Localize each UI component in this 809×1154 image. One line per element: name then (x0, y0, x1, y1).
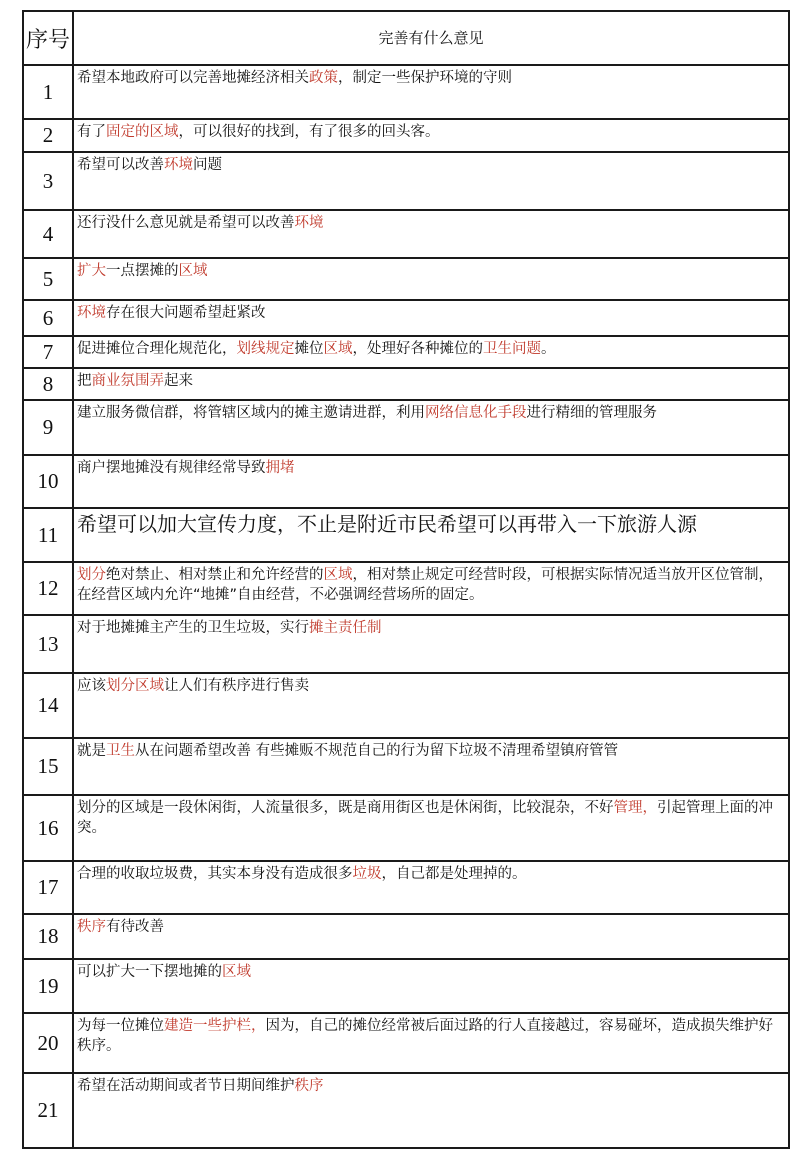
highlighted-keyword: 划分 (77, 567, 106, 583)
text-segment: 希望本地政府可以完善地摊经济相关 (77, 70, 309, 86)
table-row: 17合理的收取垃圾费，其实本身没有造成很多垃圾，自己都是处理掉的。 (24, 860, 788, 913)
row-suggestion: 秩序有待改善 (74, 915, 788, 958)
highlighted-keyword: 卫生 (106, 743, 135, 759)
text-segment: ，制定一些保护环境的守则 (338, 70, 512, 86)
header-suggestion: 完善有什么意见 (74, 12, 788, 64)
row-suggestion: 划分的区域是一段休闲街，人流量很多，既是商用街区也是休闲街，比较混杂，不好管理，… (74, 796, 788, 860)
text-segment: 就是 (77, 743, 106, 759)
row-number: 20 (24, 1014, 74, 1072)
row-suggestion: 环境存在很大问题希望赶紧改 (74, 301, 788, 335)
highlighted-keyword: 管理， (614, 800, 658, 816)
row-number: 18 (24, 915, 74, 958)
table-row: 5扩大一点摆摊的区域 (24, 257, 788, 299)
table-row: 10商户摆地摊没有规律经常导致拥堵 (24, 454, 788, 507)
row-number: 13 (24, 616, 74, 672)
text-segment: ，处理好各种摊位的 (353, 341, 484, 357)
highlighted-keyword: 环境 (77, 305, 106, 321)
table-row: 13对于地摊摊主产生的卫生垃圾，实行摊主责任制 (24, 614, 788, 672)
table-row: 21希望在活动期间或者节日期间维护秩序 (24, 1072, 788, 1147)
row-suggestion: 对于地摊摊主产生的卫生垃圾，实行摊主责任制 (74, 616, 788, 672)
highlighted-keyword: 固定的区域 (106, 124, 179, 140)
table-row: 9建立服务微信群，将管辖区域内的摊主邀请进群，利用网络信息化手段进行精细的管理服… (24, 399, 788, 454)
highlighted-keyword: 环境 (295, 215, 324, 231)
table-body: 1希望本地政府可以完善地摊经济相关政策，制定一些保护环境的守则2有了固定的区域，… (24, 64, 788, 1147)
row-number: 3 (24, 153, 74, 209)
table-row: 19可以扩大一下摆地摊的区域 (24, 958, 788, 1012)
row-suggestion: 希望在活动期间或者节日期间维护秩序 (74, 1074, 788, 1147)
text-segment: 希望可以加大宣传力度，不止是附近市民希望可以再带入一下旅游人源 (77, 512, 697, 536)
row-suggestion: 建立服务微信群，将管辖区域内的摊主邀请进群，利用网络信息化手段进行精细的管理服务 (74, 401, 788, 454)
row-suggestion: 应该划分区域让人们有秩序进行售卖 (74, 674, 788, 737)
text-segment: 应该 (77, 678, 106, 694)
row-suggestion: 希望可以加大宣传力度，不止是附近市民希望可以再带入一下旅游人源 (74, 509, 788, 561)
row-suggestion: 有了固定的区域，可以很好的找到，有了很多的回头客。 (74, 120, 788, 151)
table-row: 20为每一位摊位建造一些护栏，因为，自己的摊位经常被后面过路的行人直接越过，容易… (24, 1012, 788, 1072)
table-row: 12划分绝对禁止、相对禁止和允许经营的区域，相对禁止规定可经营时段，可根据实际情… (24, 561, 788, 614)
table-row: 2有了固定的区域，可以很好的找到，有了很多的回头客。 (24, 118, 788, 151)
row-number: 9 (24, 401, 74, 454)
suggestions-table: 序号 完善有什么意见 1希望本地政府可以完善地摊经济相关政策，制定一些保护环境的… (22, 10, 790, 1149)
text-segment: 存在很大问题希望赶紧改 (106, 305, 266, 321)
highlighted-keyword: 区域 (222, 964, 251, 980)
table-row: 18秩序有待改善 (24, 913, 788, 958)
row-suggestion: 划分绝对禁止、相对禁止和允许经营的区域，相对禁止规定可经营时段，可根据实际情况适… (74, 563, 788, 614)
highlighted-keyword: 垃圾 (353, 866, 382, 882)
row-number: 12 (24, 563, 74, 614)
text-segment: 有了 (77, 124, 106, 140)
row-suggestion: 扩大一点摆摊的区域 (74, 259, 788, 299)
text-segment: 绝对禁止、相对禁止和允许经营的 (106, 567, 324, 583)
table-header: 序号 完善有什么意见 (24, 12, 788, 64)
table-row: 6环境存在很大问题希望赶紧改 (24, 299, 788, 335)
highlighted-keyword: 区域 (179, 263, 208, 279)
text-segment: 把 (77, 373, 92, 389)
row-number: 11 (24, 509, 74, 561)
row-number: 2 (24, 120, 74, 151)
table-row: 11希望可以加大宣传力度，不止是附近市民希望可以再带入一下旅游人源 (24, 507, 788, 561)
table-row: 4还行没什么意见就是希望可以改善环境 (24, 209, 788, 257)
highlighted-keyword: 网络信息化手段 (425, 405, 527, 421)
table-row: 3希望可以改善环境问题 (24, 151, 788, 209)
text-segment: 还行没什么意见就是希望可以改善 (77, 215, 295, 231)
text-segment: 建立服务微信群，将管辖区域内的摊主邀请进群，利用 (77, 405, 425, 421)
row-number: 4 (24, 211, 74, 257)
text-segment: 希望可以改善 (77, 157, 164, 173)
table-row: 1希望本地政府可以完善地摊经济相关政策，制定一些保护环境的守则 (24, 64, 788, 118)
text-segment: 合理的收取垃圾费，其实本身没有造成很多 (77, 866, 353, 882)
row-number: 16 (24, 796, 74, 860)
highlighted-keyword: 秩序 (295, 1078, 324, 1094)
table-row: 7促进摊位合理化规范化，划线规定摊位区域，处理好各种摊位的卫生问题。 (24, 335, 788, 367)
row-suggestion: 合理的收取垃圾费，其实本身没有造成很多垃圾，自己都是处理掉的。 (74, 862, 788, 913)
highlighted-keyword: 卫生问题 (483, 341, 541, 357)
highlighted-keyword: 扩大 (77, 263, 106, 279)
table-row: 16划分的区域是一段休闲街，人流量很多，既是商用街区也是休闲街，比较混杂，不好管… (24, 794, 788, 860)
text-segment: 有待改善 (106, 919, 164, 935)
row-number: 1 (24, 66, 74, 118)
row-number: 15 (24, 739, 74, 794)
highlighted-keyword: 环境 (164, 157, 193, 173)
text-segment: 从在问题希望改善 有些摊贩不规范自己的行为留下垃圾不清理希望镇府管管 (135, 743, 618, 759)
row-number: 6 (24, 301, 74, 335)
row-suggestion: 还行没什么意见就是希望可以改善环境 (74, 211, 788, 257)
highlighted-keyword: 划分区域 (106, 678, 164, 694)
table-row: 15就是卫生从在问题希望改善 有些摊贩不规范自己的行为留下垃圾不清理希望镇府管管 (24, 737, 788, 794)
row-number: 8 (24, 369, 74, 399)
row-suggestion: 为每一位摊位建造一些护栏，因为，自己的摊位经常被后面过路的行人直接越过，容易碰坏… (74, 1014, 788, 1072)
text-segment: 可以扩大一下摆地摊的 (77, 964, 222, 980)
text-segment: 。 (541, 341, 556, 357)
highlighted-keyword: 政策 (309, 70, 338, 86)
row-number: 19 (24, 960, 74, 1012)
text-segment: 一点摆摊的 (106, 263, 179, 279)
text-segment: 让人们有秩序进行售卖 (164, 678, 309, 694)
row-suggestion: 促进摊位合理化规范化，划线规定摊位区域，处理好各种摊位的卫生问题。 (74, 337, 788, 367)
text-segment: 摊位 (295, 341, 324, 357)
highlighted-keyword: 秩序 (77, 919, 106, 935)
row-suggestion: 商户摆地摊没有规律经常导致拥堵 (74, 456, 788, 507)
row-suggestion: 希望本地政府可以完善地摊经济相关政策，制定一些保护环境的守则 (74, 66, 788, 118)
text-segment: 希望在活动期间或者节日期间维护 (77, 1078, 295, 1094)
text-segment: 起来 (164, 373, 193, 389)
row-number: 14 (24, 674, 74, 737)
text-segment: 对于地摊摊主产生的卫生垃圾，实行 (77, 620, 309, 636)
text-segment: 为每一位摊位 (77, 1018, 164, 1034)
row-number: 10 (24, 456, 74, 507)
text-segment: 划分的区域是一段休闲街，人流量很多，既是商用街区也是休闲街，比较混杂，不好 (77, 800, 614, 816)
text-segment: 商户摆地摊没有规律经常导致 (77, 460, 266, 476)
highlighted-keyword: 划线规定 (237, 341, 295, 357)
text-segment: ，自己都是处理掉的。 (382, 866, 527, 882)
highlighted-keyword: 商业氛围弄 (92, 373, 165, 389)
row-suggestion: 把商业氛围弄起来 (74, 369, 788, 399)
row-number: 5 (24, 259, 74, 299)
table-row: 8把商业氛围弄起来 (24, 367, 788, 399)
row-number: 7 (24, 337, 74, 367)
text-segment: 问题 (193, 157, 222, 173)
row-suggestion: 可以扩大一下摆地摊的区域 (74, 960, 788, 1012)
highlighted-keyword: 建造一些护栏， (164, 1018, 266, 1034)
text-segment: 促进摊位合理化规范化， (77, 341, 237, 357)
highlighted-keyword: 摊主责任制 (309, 620, 382, 636)
highlighted-keyword: 拥堵 (266, 460, 295, 476)
row-number: 17 (24, 862, 74, 913)
highlighted-keyword: 区域 (324, 341, 353, 357)
table-row: 14应该划分区域让人们有秩序进行售卖 (24, 672, 788, 737)
row-suggestion: 希望可以改善环境问题 (74, 153, 788, 209)
text-segment: ，可以很好的找到，有了很多的回头客。 (179, 124, 440, 140)
highlighted-keyword: 区域 (324, 567, 353, 583)
header-number: 序号 (24, 12, 74, 64)
row-number: 21 (24, 1074, 74, 1147)
row-suggestion: 就是卫生从在问题希望改善 有些摊贩不规范自己的行为留下垃圾不清理希望镇府管管 (74, 739, 788, 794)
text-segment: 进行精细的管理服务 (527, 405, 658, 421)
